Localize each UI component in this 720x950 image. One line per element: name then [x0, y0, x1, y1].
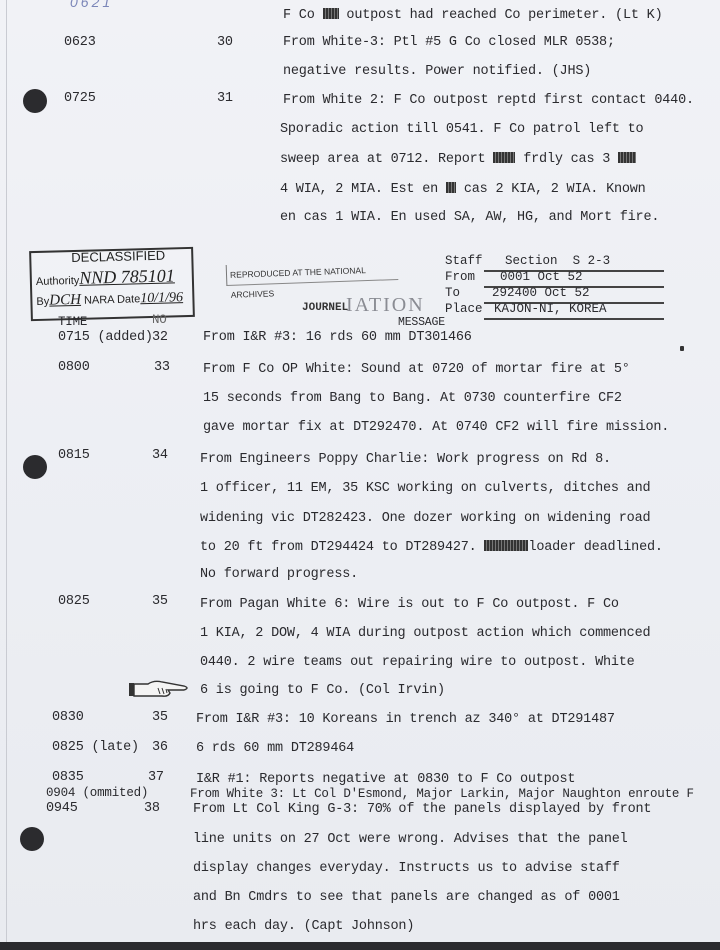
entry-time: 0830 [52, 710, 84, 725]
entry-no: 34 [152, 448, 168, 463]
message-line: From Pagan White 6: Wire is out to F Co … [200, 597, 619, 612]
message-line: From Engineers Poppy Charlie: Work progr… [200, 452, 611, 467]
stamp-authority: AuthorityNND 785101 [36, 265, 175, 290]
entry-time: 0835 [52, 770, 84, 785]
message-line: 4 WIA, 2 MIA. Est en cas 2 KIA, 2 WIA. K… [280, 182, 646, 197]
message-line: display changes everyday. Instructs us t… [193, 861, 620, 876]
column-header-message: MESSAGE [398, 316, 445, 329]
entry-time: 0715 (added) [58, 330, 153, 345]
message-line: widening vic DT282423. One dozer working… [200, 511, 650, 526]
by-label: By [36, 296, 49, 308]
entry-no: 37 [148, 770, 164, 785]
message-line: 1 KIA, 2 DOW, 4 WIA during outpost actio… [200, 626, 650, 641]
entry-time: 0815 [58, 448, 90, 463]
authority-value: NND 785101 [79, 265, 175, 287]
from-value: 0001 Oct 52 [500, 270, 583, 284]
message-line: 6 rds 60 mm DT289464 [196, 741, 354, 756]
punch-hole [20, 827, 44, 851]
date-value: 10/1/96 [140, 290, 183, 306]
place-label: Place [445, 302, 483, 316]
to-label: To [445, 286, 460, 300]
entry-time: 0725 [64, 91, 96, 106]
page-edge-rule [6, 0, 7, 942]
message-line: hrs each day. (Capt Johnson) [193, 919, 414, 934]
entry-time: 0904 (ommited) [46, 786, 148, 800]
message-line: 0440. 2 wire teams out repairing wire to… [200, 655, 635, 670]
entry-time: 0825 (late) [52, 740, 139, 755]
ink-speck [680, 346, 684, 351]
message-line: sweep area at 0712. Report frdly cas 3 [280, 152, 636, 167]
journal-page: 0621 F Co outpost had reached Co perimet… [0, 0, 720, 942]
column-header-time: TIME [58, 315, 87, 329]
entry-time: 0825 [58, 594, 90, 609]
message-line: 1 officer, 11 EM, 35 KSC working on culv… [200, 481, 650, 496]
message-line: F Co outpost had reached Co perimeter. (… [283, 8, 662, 23]
authority-label: Authority [36, 275, 80, 288]
message-line: line units on 27 Oct were wrong. Advises… [193, 832, 628, 847]
message-line: From Lt Col King G-3: 70% of the panels … [193, 802, 651, 817]
message-line: From White 3: Lt Col D'Esmond, Major Lar… [190, 787, 694, 801]
message-line: 15 seconds from Bang to Bang. At 0730 co… [203, 391, 622, 406]
stamp-title: DECLASSIFIED [71, 248, 165, 265]
punch-hole [23, 455, 47, 479]
place-value: KAJON-NI, KOREA [494, 302, 607, 316]
entry-no: 32 [152, 330, 168, 345]
from-label: From [445, 270, 475, 284]
entry-no: 38 [144, 801, 160, 816]
nara-date-label: NARA Date [84, 293, 141, 306]
column-header-no: NO [152, 313, 167, 327]
underline [484, 318, 664, 320]
punch-hole [23, 89, 47, 113]
message-line: Sporadic action till 0541. F Co patrol l… [280, 122, 643, 137]
stamp-by: ByDCH NARA Date10/1/96 [36, 289, 183, 310]
entry-no: 35 [152, 710, 168, 725]
message-line: 6 is going to F Co. (Col Irvin) [200, 683, 445, 698]
staff-section-label: Staff Section S 2-3 [445, 254, 610, 268]
entry-no: 30 [217, 35, 233, 50]
entry-no: 35 [152, 594, 168, 609]
message-line: From I&R #3: 16 rds 60 mm DT301466 [203, 330, 472, 345]
message-line: negative results. Power notified. (JHS) [283, 64, 591, 79]
scan-bottom-edge [0, 942, 720, 950]
to-value: 292400 Oct 52 [492, 286, 590, 300]
declassified-stamp: DECLASSIFIED AuthorityNND 785101 ByDCH N… [29, 247, 195, 321]
faded-classification-text: IATION [346, 294, 425, 317]
message-line: en cas 1 WIA. En used SA, AW, HG, and Mo… [280, 210, 659, 225]
message-line: From F Co OP White: Sound at 0720 of mor… [203, 362, 630, 377]
message-line: From White 2: F Co outpost reptd first c… [283, 93, 694, 108]
message-line: to 20 ft from DT294424 to DT289427. load… [200, 540, 663, 555]
message-line: From I&R #3: 10 Koreans in trench az 340… [196, 712, 615, 727]
journal-label: JOURNEL [302, 302, 348, 314]
national-archives-stamp: REPRODUCED AT THE NATIONAL ARCHIVES [226, 259, 399, 286]
entry-time: 0623 [64, 35, 96, 50]
by-value: DCH [49, 292, 81, 309]
pointing-hand-icon [128, 678, 192, 700]
entry-no: 31 [217, 91, 233, 106]
message-line: From White-3: Ptl #5 G Co closed MLR 053… [283, 35, 615, 50]
entry-time: 0945 [46, 801, 78, 816]
message-line: I&R #1: Reports negative at 0830 to F Co… [196, 772, 575, 787]
entry-no: 36 [152, 740, 168, 755]
entry-time: 0800 [58, 360, 90, 375]
message-line: No forward progress. [200, 567, 358, 582]
message-line: and Bn Cmdrs to see that panels are chan… [193, 890, 620, 905]
entry-no: 33 [154, 360, 170, 375]
message-line: gave mortar fix at DT292470. At 0740 CF2… [203, 420, 669, 435]
handwritten-time: 0621 [70, 0, 113, 10]
